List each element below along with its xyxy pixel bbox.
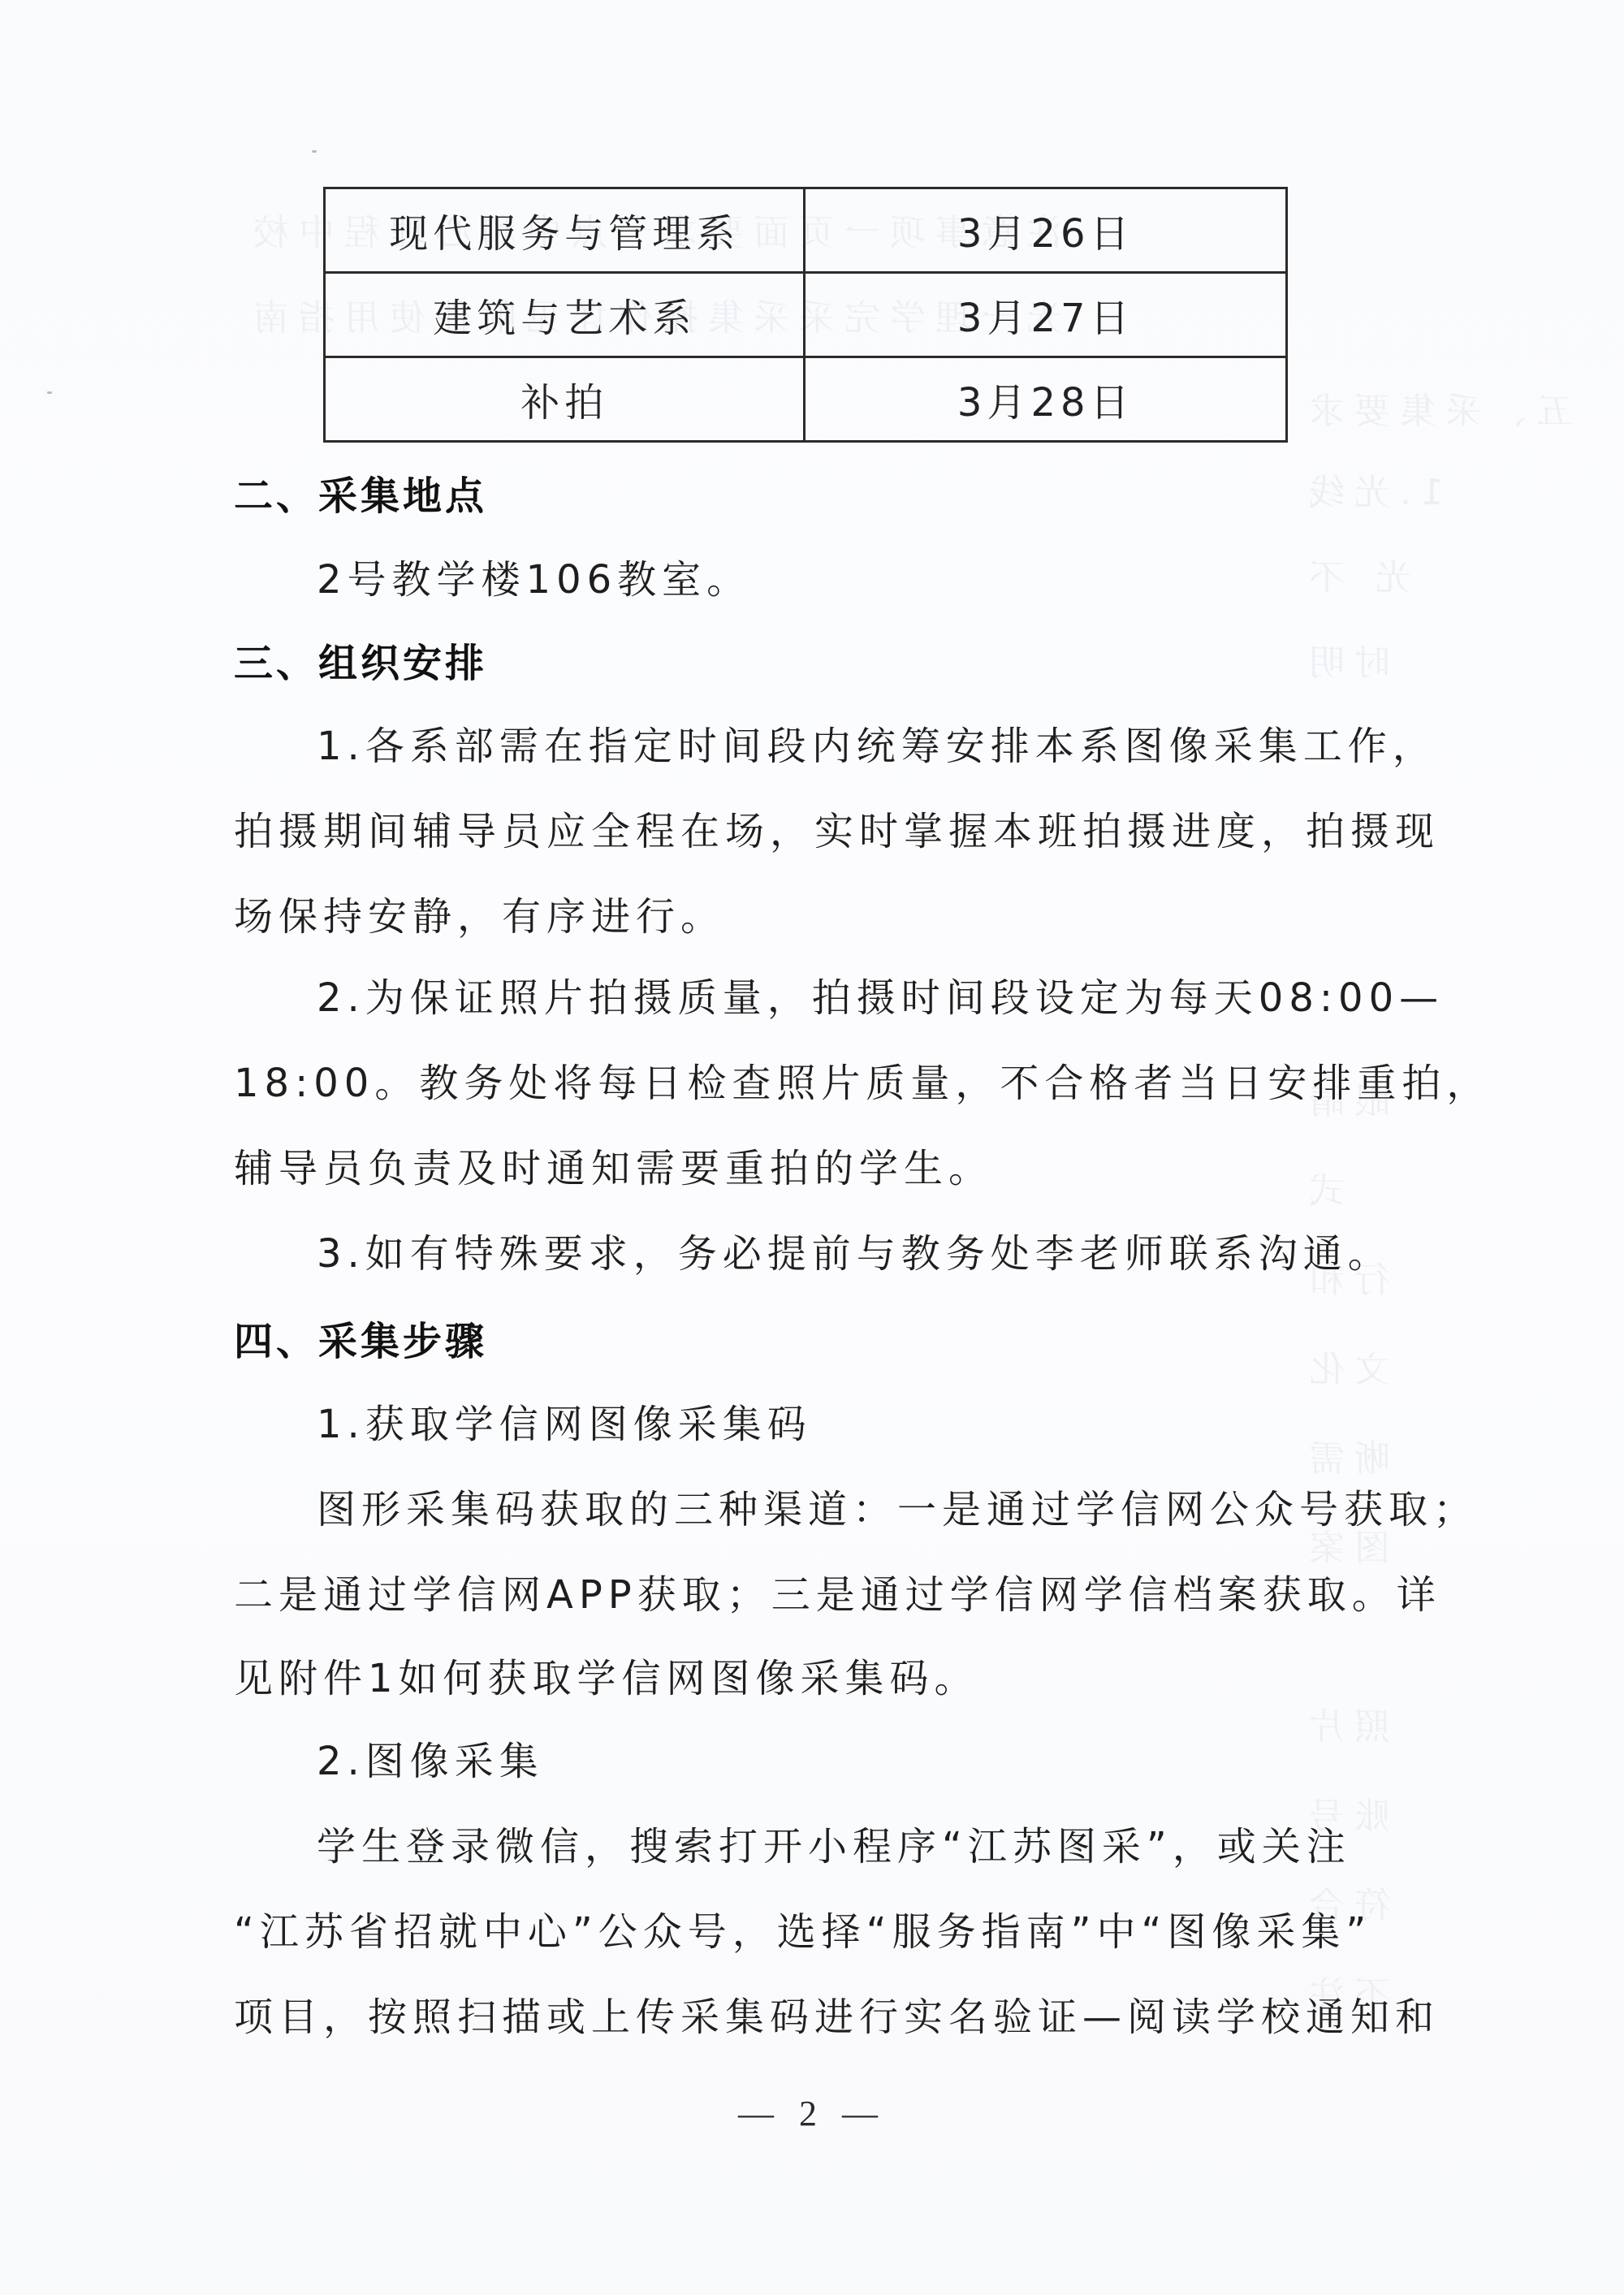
paragraph-line: 场保持安静，有序进行。: [234, 885, 725, 941]
document-page: 注意事项一页面要求一点中和心理程中校 光一理学完采采集操作详见附件使用指南 五、…: [0, 0, 1624, 2295]
table-row: 补拍 3月28日: [325, 357, 1287, 442]
bleed-through-text: 式: [1299, 1161, 1345, 1213]
table-row: 现代服务与管理系 3月26日: [325, 188, 1287, 273]
bleed-through-text: 1.光线: [1299, 463, 1444, 515]
subsection-title: 2.图像采集: [317, 1730, 544, 1786]
table-row: 建筑与艺术系 3月27日: [325, 273, 1287, 357]
section-heading-organization: 三、组织安排: [234, 632, 487, 688]
paragraph-line: 二是通过学信网APP获取；三是通过学信网学信档案获取。详: [234, 1563, 1441, 1619]
department-cell: 建筑与艺术系: [325, 273, 805, 357]
date-cell: 3月28日: [805, 357, 1287, 442]
paragraph-line: 辅导员负责及时通知需要重拍的学生。: [234, 1137, 993, 1193]
section-heading-location: 二、采集地点: [234, 465, 487, 521]
paragraph-line: 图形采集码获取的三种渠道：一是通过学信网公众号获取；: [317, 1478, 1478, 1534]
bleed-through-text: 照片: [1299, 1697, 1390, 1749]
paragraph-line: 18:00。教务处将每日检查照片质量，不合格者当日安排重拍，: [234, 1052, 1491, 1108]
bleed-through-text: 文化: [1299, 1340, 1390, 1392]
paragraph-line: 拍摄期间辅导员应全程在场，实时掌握本班拍摄进度，拍摄现: [234, 800, 1440, 856]
schedule-table: 现代服务与管理系 3月26日 建筑与艺术系 3月27日 补拍 3月28日: [323, 187, 1288, 443]
department-cell: 现代服务与管理系: [325, 188, 805, 273]
subsection-title: 1.获取学信网图像采集码: [317, 1393, 812, 1449]
paragraph-line: 3.如有特殊要求，务必提前与教务处李老师联系沟通。: [317, 1222, 1393, 1278]
bleed-through-text: 五、采集要求: [1299, 382, 1572, 434]
section-heading-steps: 四、采集步骤: [234, 1310, 487, 1366]
paragraph-line: 见附件1如何获取学信网图像采集码。: [234, 1647, 979, 1703]
page-number: — 2 —: [0, 2093, 1624, 2134]
paragraph-line: 2.为保证照片拍摄质量，拍摄时间段设定为每天08:00—: [317, 966, 1444, 1022]
bleed-through-text: 晰需: [1299, 1429, 1390, 1481]
bleed-through-text: 时明: [1299, 633, 1390, 685]
bleed-through-text: 光 不: [1299, 548, 1411, 600]
date-cell: 3月26日: [805, 188, 1287, 273]
scan-speck: [312, 150, 317, 153]
department-cell: 补拍: [325, 357, 805, 442]
scan-speck: [47, 391, 52, 394]
paragraph-line: 项目，按照扫描或上传采集码进行实名验证—阅读学校通知和: [234, 1986, 1440, 2042]
location-text: 2号教学楼106教室。: [317, 548, 751, 604]
paragraph-line: 1.各系部需在指定时间段内统筹安排本系图像采集工作，: [317, 715, 1437, 771]
date-cell: 3月27日: [805, 273, 1287, 357]
paragraph-line: “江苏省招就中心”公众号，选择“服务指南”中“图像采集”: [234, 1900, 1371, 1956]
paragraph-line: 学生登录微信，搜索打开小程序“江苏图采”，或关注: [317, 1815, 1351, 1871]
